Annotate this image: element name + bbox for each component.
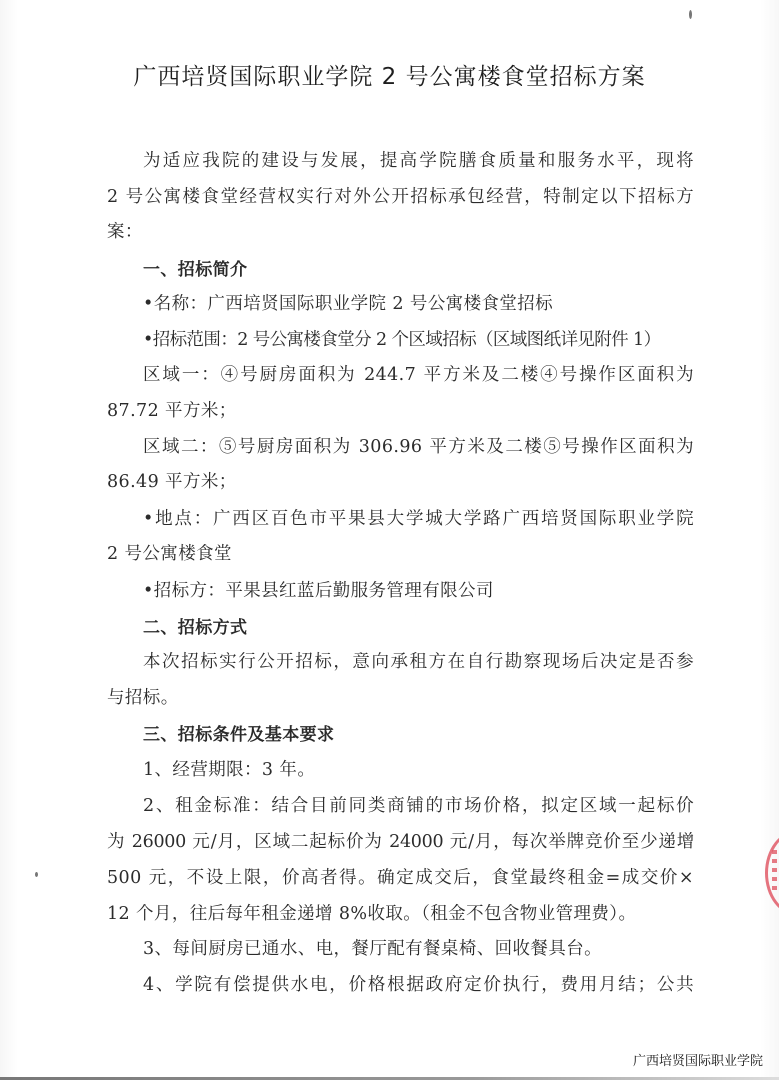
document-title: 广西培贤国际职业学院 2 号公寓楼食堂招标方案 <box>0 58 779 91</box>
requirement-2-line-2: 为 26000 元/月，区域二起标价为 24000 元/月，每次举牌竞价至少递增 <box>107 828 694 853</box>
zone-2-line-2: 86.49 平方米； <box>107 468 237 493</box>
requirement-1: 1、经营期限：3 年。 <box>143 756 315 781</box>
location-line-1: •地点：广西区百色市平果县大学城大学路广西培贤国际职业学院 <box>143 505 694 530</box>
intro-line-3: 案： <box>107 218 143 243</box>
zone-1-line-1: 区域一：④号厨房面积为 244.7 平方米及二楼④号操作区面积为 <box>143 361 694 386</box>
requirement-2-line-3: 500 元，不设上限，价高者得。确定成交后，食堂最终租金=成交价× <box>107 864 694 889</box>
scan-speck <box>689 10 692 19</box>
section-1-heading: 一、招标简介 <box>143 255 247 280</box>
section-2-heading: 二、招标方式 <box>143 613 247 638</box>
requirement-2-line-1: 2、租金标准：结合目前同类商铺的市场价格，拟定区域一起标价 <box>143 792 694 817</box>
tender-scope: •招标范围：2 号公寓楼食堂分 2 个区域招标（区域图纸详见附件 1） <box>143 326 660 351</box>
section-3-heading: 三、招标条件及基本要求 <box>143 720 334 745</box>
tender-name: •名称：广西培贤国际职业学院 2 号公寓楼食堂招标 <box>143 290 553 315</box>
official-seal-text <box>772 850 777 890</box>
section-2-body-line-2: 与招标。 <box>107 684 179 709</box>
location-line-2: 2 号公寓楼食堂 <box>107 540 232 565</box>
intro-line-2: 2 号公寓楼食堂经营权实行对外公开招标承包经营，特制定以下招标方 <box>107 183 694 208</box>
zone-1-line-2: 87.72 平方米； <box>107 397 237 422</box>
intro-line-1: 为适应我院的建设与发展，提高学院膳食质量和服务水平，现将 <box>143 147 694 172</box>
requirement-2-line-4: 12 个月，往后每年租金递增 8%收取。（租金不包含物业管理费）。 <box>107 900 636 925</box>
section-2-body-line-1: 本次招标实行公开招标，意向承租方在自行勘察现场后决定是否参 <box>143 648 694 673</box>
tenderer-line: •招标方：平果县红蓝后勤服务管理有限公司 <box>143 577 494 602</box>
requirement-3: 3、每间厨房已通水、电，餐厅配有餐桌椅、回收餐具台。 <box>143 935 602 960</box>
requirement-4-line-1: 4、学院有偿提供水电，价格根据政府定价执行，费用月结；公共 <box>143 971 694 996</box>
footer-watermark: 广西培贤国际职业学院 <box>633 1050 763 1069</box>
scan-speck <box>35 872 38 877</box>
zone-2-line-1: 区域二：⑤号厨房面积为 306.96 平方米及二楼⑤号操作区面积为 <box>143 433 694 458</box>
document-page: 广西培贤国际职业学院 2 号公寓楼食堂招标方案 为适应我院的建设与发展，提高学院… <box>0 0 779 1080</box>
